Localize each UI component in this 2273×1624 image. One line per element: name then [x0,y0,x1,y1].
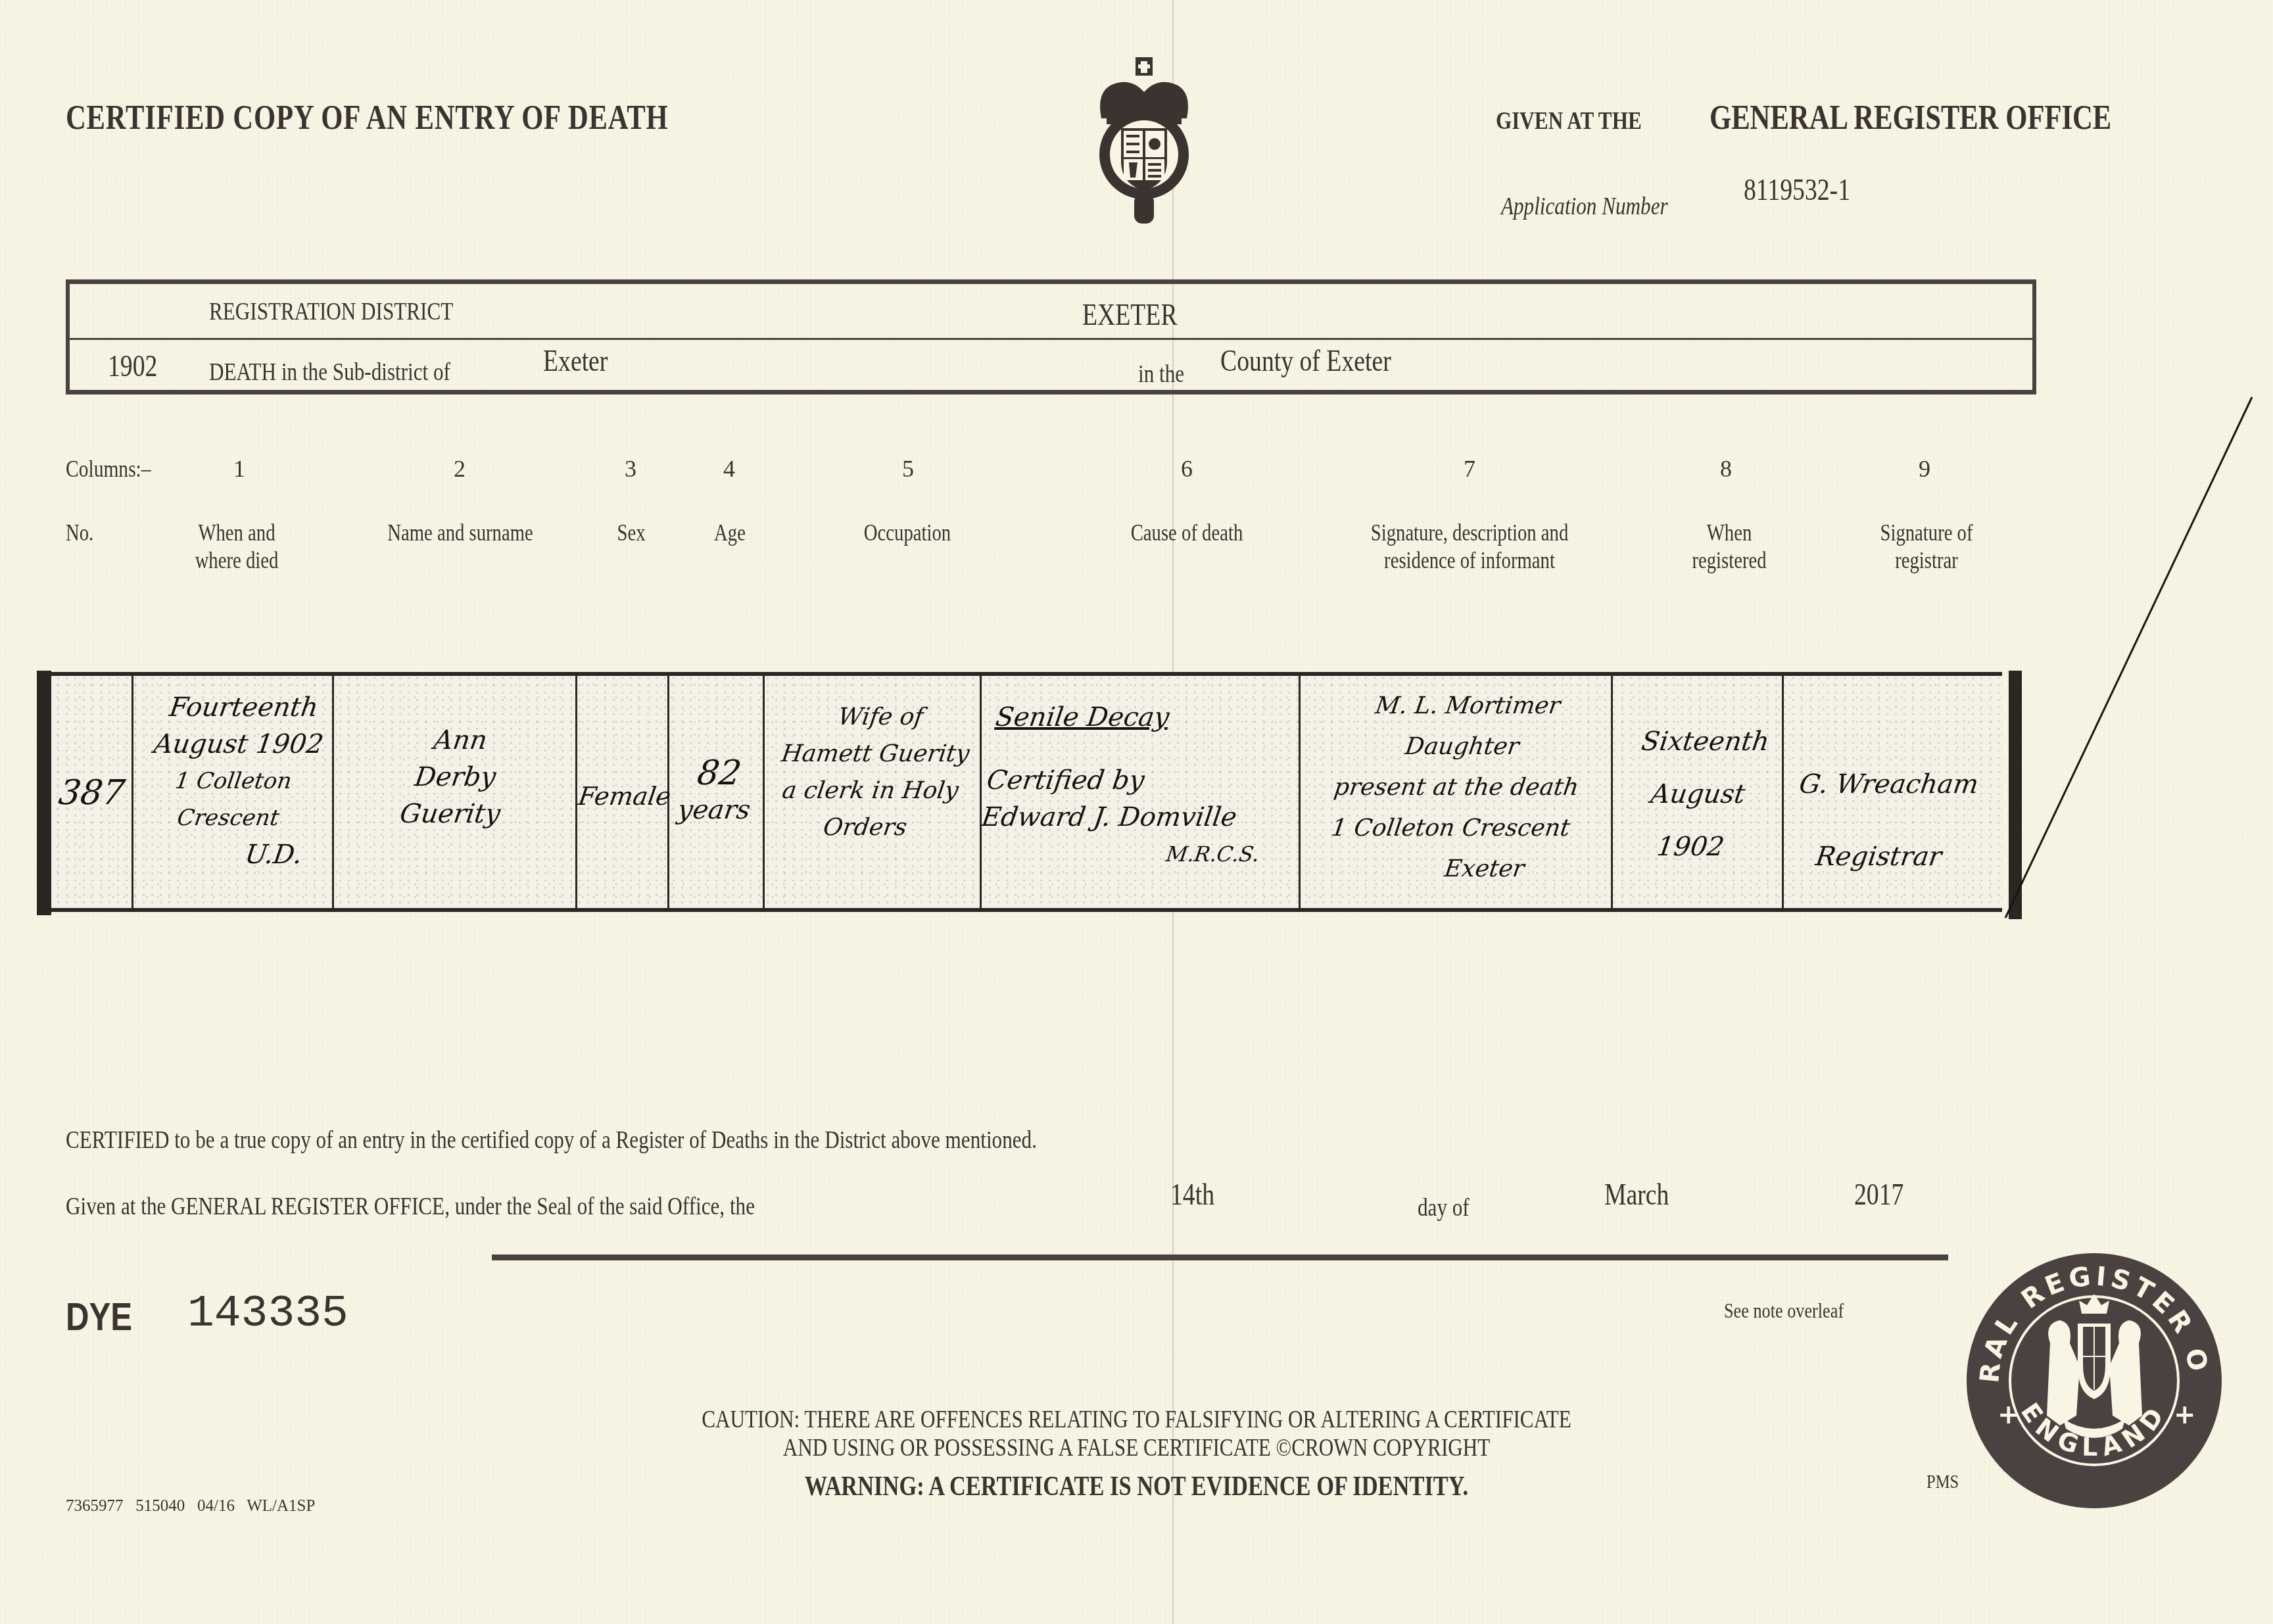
certification-day: 14th [1170,1177,1214,1212]
caution-line-2: AND USING OR POSSESSING A FALSE CERTIFIC… [204,1433,2069,1462]
signature-rule [492,1254,1948,1260]
form-code: 7365977 515040 04/16 WL/A1SP [66,1497,315,1516]
see-note-overleaf: See note overleaf [1724,1299,1844,1323]
svg-text:+: + [2174,1400,2196,1430]
identity-warning: WARNING: A CERTIFICATE IS NOT EVIDENCE O… [204,1471,2069,1502]
certification-year: 2017 [1854,1177,1903,1212]
day-of-label: day of [1418,1193,1470,1222]
certification-statement: CERTIFIED to be a true copy of an entry … [66,1126,1037,1155]
pms-mark: PMS [1926,1471,1959,1493]
caution-line-1: CAUTION: THERE ARE OFFENCES RELATING TO … [204,1405,2069,1434]
serial-prefix: DYE [66,1294,132,1339]
svg-text:+: + [1998,1400,2020,1430]
given-at-statement: Given at the GENERAL REGISTER OFFICE, un… [66,1192,755,1221]
cancel-diagonal-line [0,0,2273,1624]
serial-number: 143335 [187,1289,348,1339]
certification-month: March [1604,1177,1669,1212]
general-register-office-seal-icon: GENERAL REGISTER OFFICE ENGLAND + + [1965,1251,2224,1510]
